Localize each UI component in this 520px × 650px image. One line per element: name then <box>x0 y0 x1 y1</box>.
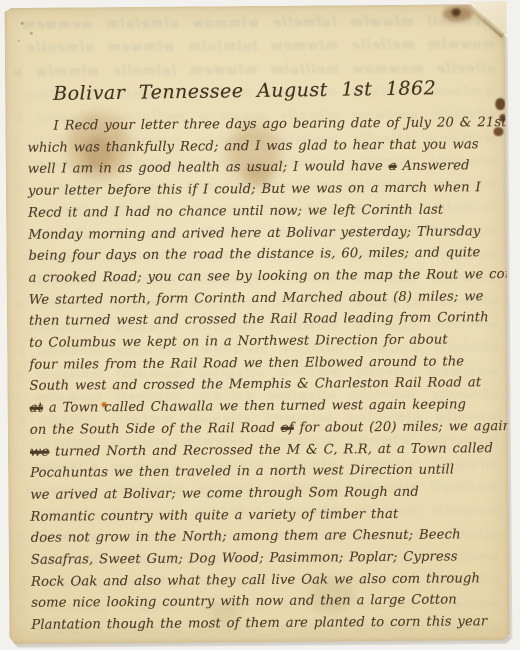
letter-body: I Recd your letter three days ago bearin… <box>27 112 501 637</box>
letter-line: Plantation though the most of them are p… <box>31 611 501 636</box>
letter-paper: mellmell mlwwlm lulmelle wlmmow ulmelulm… <box>5 4 510 644</box>
ink-spot <box>495 98 505 110</box>
letter-dateline: Bolivar Tennessee August 1st 1862 <box>53 77 436 105</box>
letter-line: Pocahuntas we then traveled in a north w… <box>30 459 500 484</box>
letter-paper-wrap: mellmell mlwwlm lulmelle wlmmow ulmelulm… <box>5 4 510 645</box>
letter-line: on the South Side of the Rail Road of fo… <box>30 416 500 441</box>
paper-freckle <box>30 32 33 35</box>
letter-line: a crooked Road; you can see by looking o… <box>29 264 499 289</box>
letter-scan-background: mellmell mlwwlm lulmelle wlmmow ulmelulm… <box>0 0 520 650</box>
bleedthrough-row: mellmell mlwwlm lulmelle wlmmow ulmelulm… <box>15 14 495 33</box>
paper-freckle <box>18 40 20 42</box>
bleedthrough-row: mowwlm mellelle mlwmow lulmlulm wlmwem u… <box>15 37 495 56</box>
paper-freckle <box>21 22 24 25</box>
letter-line: Recd it and I had no chance until now; w… <box>28 199 498 224</box>
